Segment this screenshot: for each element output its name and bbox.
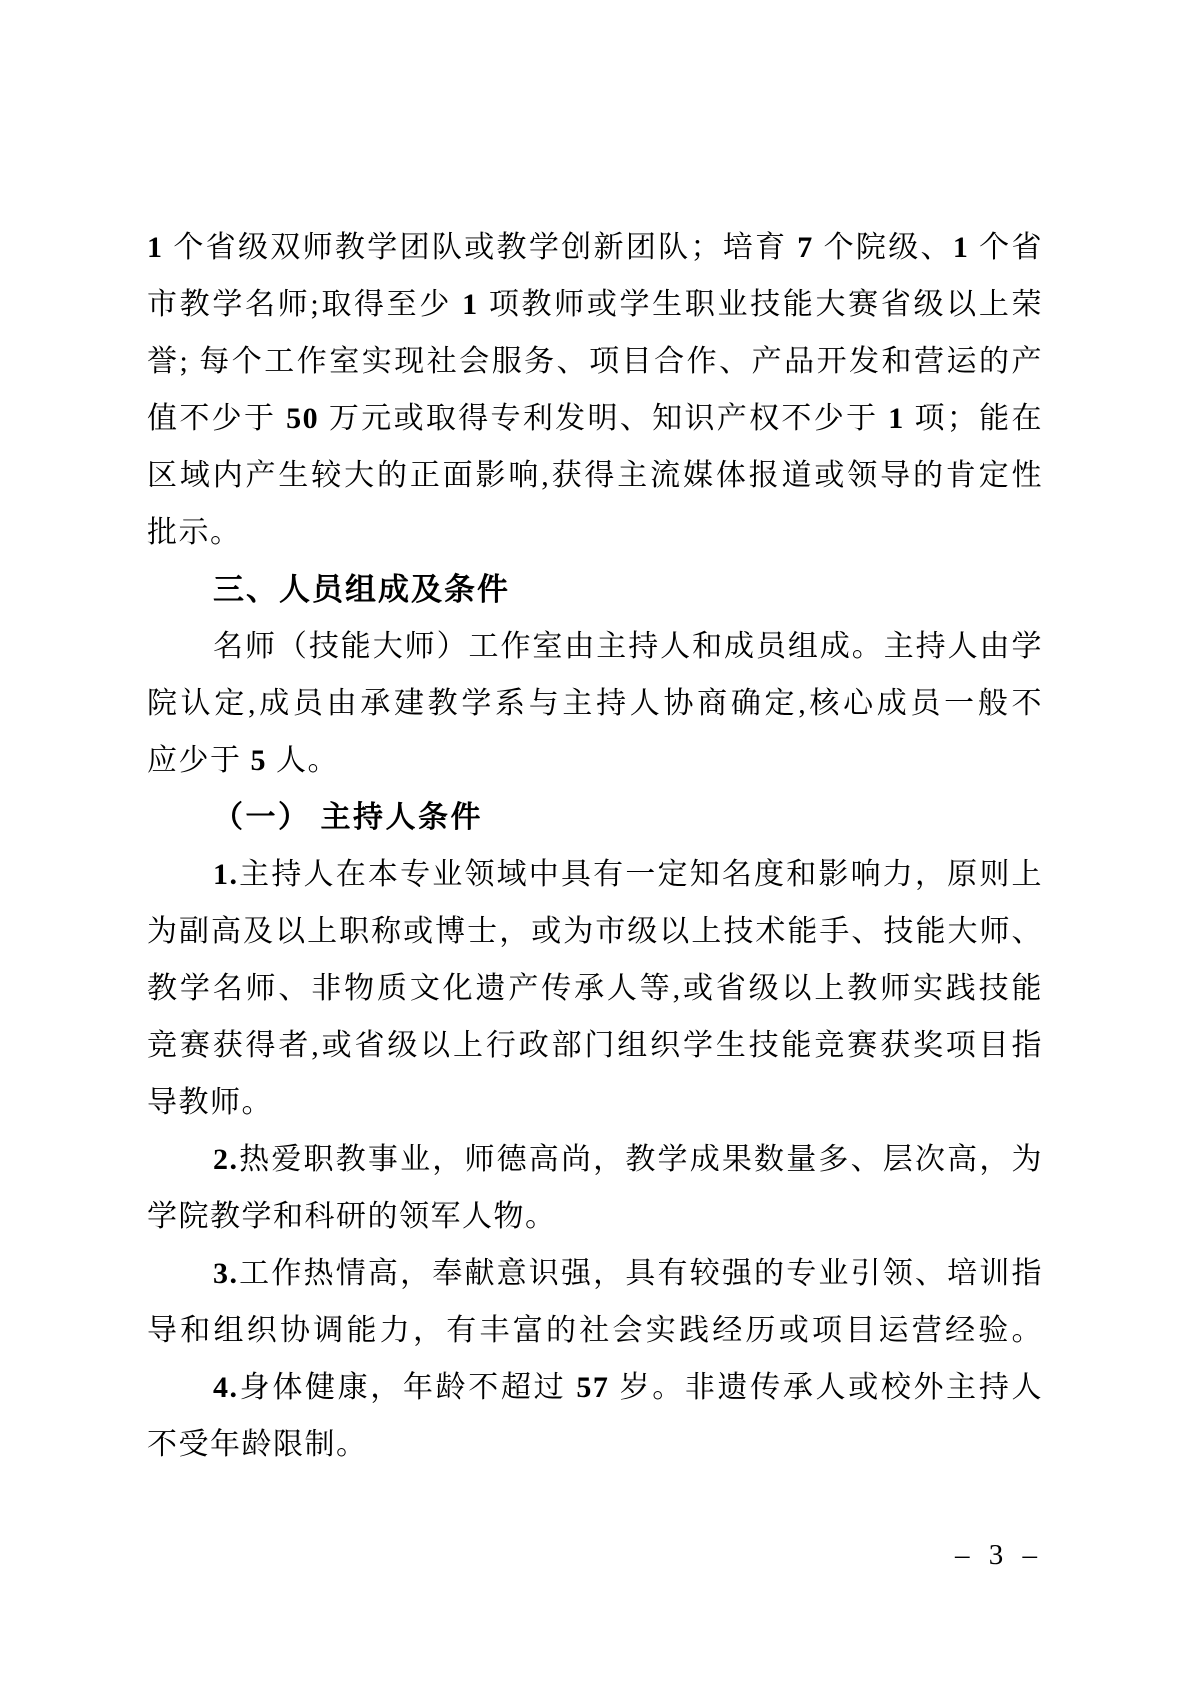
text-line: 1 个省级双师教学团队或教学创新团队；培育 7 个院级、1 个省 [147, 219, 1043, 276]
text-line: 院认定,成员由承建教学系与主持人协商确定,核心成员一般不 [147, 675, 1043, 732]
document-page: 1 个省级双师教学团队或教学创新团队；培育 7 个院级、1 个省市教学名师;取得… [0, 0, 1190, 1683]
page-number: – 3 – [955, 1535, 1043, 1575]
text-line: 不受年龄限制。 [147, 1416, 1043, 1473]
text-line: 三、人员组成及条件 [147, 561, 1043, 618]
text-line: 导和组织协调能力，有丰富的社会实践经历或项目运营经验。 [147, 1302, 1043, 1359]
text-line: （一） 主持人条件 [147, 789, 1043, 846]
text-line: 4.身体健康，年龄不超过 57 岁。非遗传承人或校外主持人 [147, 1359, 1043, 1416]
text-line: 竞赛获得者,或省级以上行政部门组织学生技能竞赛获奖项目指 [147, 1017, 1043, 1074]
text-line: 值不少于 50 万元或取得专利发明、知识产权不少于 1 项；能在 [147, 390, 1043, 447]
text-line: 学院教学和科研的领军人物。 [147, 1188, 1043, 1245]
text-line: 为副高及以上职称或博士，或为市级以上技术能手、技能大师、 [147, 903, 1043, 960]
text-line: 教学名师、非物质文化遗产传承人等,或省级以上教师实践技能 [147, 960, 1043, 1017]
text-line: 导教师。 [147, 1074, 1043, 1131]
text-line: 批示。 [147, 504, 1043, 561]
text-line: 3.工作热情高，奉献意识强，具有较强的专业引领、培训指 [147, 1245, 1043, 1302]
text-line: 应少于 5 人。 [147, 732, 1043, 789]
text-line: 市教学名师;取得至少 1 项教师或学生职业技能大赛省级以上荣 [147, 276, 1043, 333]
text-line: 1.主持人在本专业领域中具有一定知名度和影响力，原则上 [147, 846, 1043, 903]
document-body: 1 个省级双师教学团队或教学创新团队；培育 7 个院级、1 个省市教学名师;取得… [147, 219, 1043, 1473]
text-line: 2.热爱职教事业，师德高尚，教学成果数量多、层次高，为 [147, 1131, 1043, 1188]
text-line: 誉; 每个工作室实现社会服务、项目合作、产品开发和营运的产 [147, 333, 1043, 390]
text-line: 名师（技能大师）工作室由主持人和成员组成。主持人由学 [147, 618, 1043, 675]
text-line: 区域内产生较大的正面影响,获得主流媒体报道或领导的肯定性 [147, 447, 1043, 504]
